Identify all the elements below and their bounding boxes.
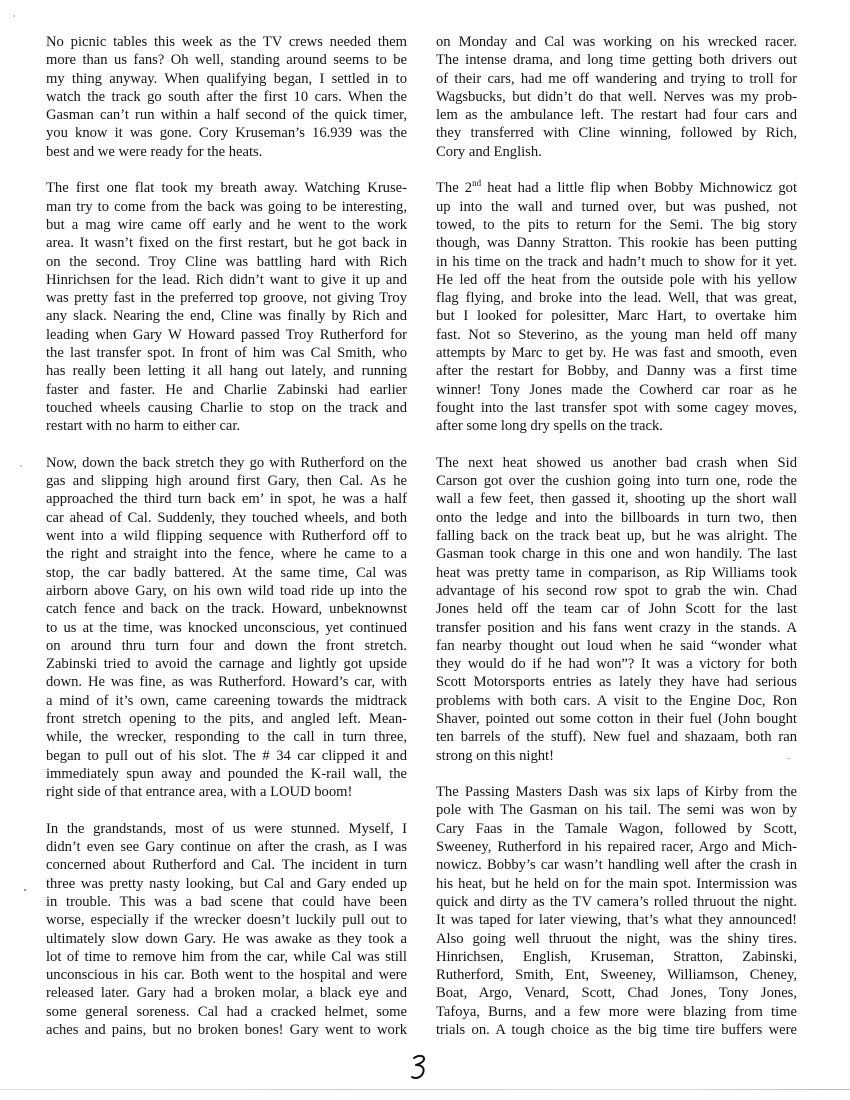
- text-line: airborn above Gary, on his own wild toad…: [46, 582, 407, 600]
- text-line: catch fence and back on the track. Howar…: [46, 600, 407, 618]
- page-number: 3: [400, 1052, 440, 1082]
- paragraph: Now, down the back stretch they go with …: [46, 454, 407, 802]
- text-line: faster and faster. He and Charlie Zabins…: [46, 381, 407, 399]
- text-line: No picnic tables this week as the TV cre…: [46, 33, 407, 51]
- text-line: advantage of his second row spot to grab…: [436, 582, 797, 600]
- text-line: didn’t even see Gary continue on after t…: [46, 838, 407, 856]
- text-line: fast. Not so Steverino, as the young man…: [436, 326, 797, 344]
- text-line: pole with The Gasman on his tail. The se…: [436, 801, 797, 819]
- text-line: released later. Gary had a broken molar,…: [46, 984, 407, 1002]
- text-line: Rutherford, Smith, Ent, Sweeney, William…: [436, 966, 797, 984]
- text-line: in his time on the track and hadn’t much…: [436, 253, 797, 271]
- text-line: on Monday and Cal was working on his wre…: [436, 33, 797, 51]
- text-line: Gasman can’t run within a half second of…: [46, 106, 407, 124]
- text-line: best and we were ready for the heats.: [46, 143, 407, 161]
- text-line: nowicz. Bobby’s car wasn’t handling well…: [436, 856, 797, 874]
- text-line: Boat, Argo, Venard, Scott, Chad Jones, T…: [436, 984, 797, 1002]
- text-line: The intense drama, and long time getting…: [436, 51, 797, 69]
- handwritten-page-number-3-icon: [400, 1052, 440, 1082]
- text-line: fan nearby thought out loud when he said…: [436, 637, 797, 655]
- text-line: wall a few feet, then gassed it, shootin…: [436, 490, 797, 508]
- text-line: up into the wall and turned over, but wa…: [436, 198, 797, 216]
- left-column: No picnic tables this week as the TV cre…: [46, 33, 407, 1058]
- text-line: ten barrels of the stuff). New fuel and …: [436, 728, 797, 746]
- text-line: lem as the ambulance left. The restart h…: [436, 106, 797, 124]
- text-line: they would do if he had won”? It was a v…: [436, 655, 797, 673]
- text-line: transfer position and his fans went craz…: [436, 619, 797, 637]
- text-line: area. It wasn’t fixed on the first resta…: [46, 234, 407, 252]
- text-line: began to pull out of his slot. The # 34 …: [46, 747, 407, 765]
- text-line: right side of that entrance area, with a…: [46, 783, 407, 801]
- text-line: falling back on the track beat up, but h…: [436, 527, 797, 545]
- text-line: strong on this night!: [436, 747, 797, 765]
- text-line: The first one flat took my breath away. …: [46, 179, 407, 197]
- text-line: Gasman took charge in this one and won h…: [436, 545, 797, 563]
- text-line: some general soreness. Cal had a cracked…: [46, 1003, 407, 1021]
- text-line: the last transfer spot. In front of him …: [46, 344, 407, 362]
- text-line: the right and straight into the fence, w…: [46, 545, 407, 563]
- text-line: stop, the car badly battered. At the sam…: [46, 564, 407, 582]
- text-line: quick and dirty as the TV camera’s rolle…: [436, 893, 797, 911]
- text-line: on the second. Troy Cline was battling h…: [46, 253, 407, 271]
- text-line: It was taped for later viewing, that’s w…: [436, 911, 797, 929]
- text-line: approached the third turn back em’ in sp…: [46, 490, 407, 508]
- text-line: Carson got over the cushion going into t…: [436, 472, 797, 490]
- scan-speck: [13, 15, 15, 17]
- text-line: they transferred with Cline winning, fol…: [436, 124, 797, 142]
- text-line: watch the track go south after the first…: [46, 88, 407, 106]
- text-line: leading when Gary W Howard passed Troy R…: [46, 326, 407, 344]
- paragraph: No picnic tables this week as the TV cre…: [46, 33, 407, 161]
- text-line: has really been letting it all hang out …: [46, 362, 407, 380]
- text-line: The next heat showed us another bad cras…: [436, 454, 797, 472]
- text-line: Jones held off the team car of John Scot…: [436, 600, 797, 618]
- text-line: worse, especially if the wrecker doesn’t…: [46, 911, 407, 929]
- text-line: down. He was fine, as was Rutherford. Ho…: [46, 673, 407, 691]
- text-line: Now, down the back stretch they go with …: [46, 454, 407, 472]
- text-line: Cory and English.: [436, 143, 797, 161]
- text-line: problems with both cars. A visit to the …: [436, 692, 797, 710]
- text-line: Zabinski tried to avoid the carnage and …: [46, 655, 407, 673]
- text-line: but I looked for polesitter, Marc Hart, …: [436, 307, 797, 325]
- text-line: after some long dry spells on the track.: [436, 417, 797, 435]
- text-line: but a mag wire came off early and he wen…: [46, 216, 407, 234]
- text-line: aches and pains, but no broken bones! Ga…: [46, 1021, 407, 1039]
- text-line: Tafoya, Burns, and a few more were blazi…: [436, 1003, 797, 1021]
- text-line: Wagsbucks, but didn’t do that well. Nerv…: [436, 88, 797, 106]
- text-line: unconscious in his car. Both went to the…: [46, 966, 407, 984]
- ordinal-superscript: nd: [472, 179, 481, 188]
- text-line: in trouble. This was a bad scene that co…: [46, 893, 407, 911]
- text-line-prefix: The 2: [436, 180, 472, 196]
- text-line: Also going well thruout the night, was t…: [436, 930, 797, 948]
- text-line: lot of time to remove him from the car, …: [46, 948, 407, 966]
- text-line: man try to come from the back was going …: [46, 198, 407, 216]
- text-line: immediately spun away and pounded the K-…: [46, 765, 407, 783]
- text-line: onto the ledge and into the billboards i…: [436, 509, 797, 527]
- text-line: He led off the heat from the outside pol…: [436, 271, 797, 289]
- text-line: Scott Motorsports entries as lately they…: [436, 673, 797, 691]
- text-line: The Passing Masters Dash was six laps of…: [436, 783, 797, 801]
- text-line: my thing anyway. When qualifying began, …: [46, 70, 407, 88]
- text-line: on around thru turn four and down the fr…: [46, 637, 407, 655]
- text-line: heat was pretty tame in comparison, as R…: [436, 564, 797, 582]
- paragraph: The 2nd heat had a little flip when Bobb…: [436, 179, 797, 435]
- text-line: car ahead of Cal. Suddenly, they touched…: [46, 509, 407, 527]
- text-line: ultimately slow down Gary. He was awake …: [46, 930, 407, 948]
- text-line: Hinrichsen, English, Kruseman, Stratton,…: [436, 948, 797, 966]
- text-line: to us at the time, was knocked unconscio…: [46, 619, 407, 637]
- text-line: winner! Tony Jones made the Cowherd car …: [436, 381, 797, 399]
- text-line: you know it was gone. Cory Kruseman’s 16…: [46, 124, 407, 142]
- text-line: after the restart for Bobby, and Danny w…: [436, 362, 797, 380]
- scan-speck: [24, 889, 26, 891]
- text-line: The 2nd heat had a little flip when Bobb…: [436, 179, 797, 197]
- text-line: more than us fans? Oh well, standing aro…: [46, 51, 407, 69]
- text-line: Cary Faas in the Tamale Wagon, followed …: [436, 820, 797, 838]
- text-line: Sweeney, Rutherford in his repaired race…: [436, 838, 797, 856]
- paragraph: In the grandstands, most of us were stun…: [46, 820, 407, 1040]
- right-column: on Monday and Cal was working on his wre…: [436, 33, 797, 1058]
- document-page: No picnic tables this week as the TV cre…: [0, 0, 850, 1100]
- text-line: a mind of it’s own, came careening towar…: [46, 692, 407, 710]
- text-line: front stretch opening to the pits, and a…: [46, 710, 407, 728]
- text-line: any slack. Nearing the end, Cline was fi…: [46, 307, 407, 325]
- text-line: flag flying, and broke into the lead. We…: [436, 289, 797, 307]
- text-line: Shaver, pointed out some cotton in their…: [436, 710, 797, 728]
- paragraph: on Monday and Cal was working on his wre…: [436, 33, 797, 161]
- text-line: was pretty fast in the preferred top gro…: [46, 289, 407, 307]
- scan-speck: [20, 465, 22, 467]
- text-line: touched wheels causing Charlie to stop o…: [46, 399, 407, 417]
- text-line: concerned about Rutherford and Cal. The …: [46, 856, 407, 874]
- text-line: of their cars, had me off wandering and …: [436, 70, 797, 88]
- text-line: while, the wrecker, responding to the ca…: [46, 728, 407, 746]
- text-line: his heat, but he held on for the main sp…: [436, 875, 797, 893]
- text-line: fought into the last transfer spot with …: [436, 399, 797, 417]
- page-bottom-edge: [0, 1089, 850, 1090]
- text-line: Hinrichsen for the lead. Rich didn’t wan…: [46, 271, 407, 289]
- text-line-rest: heat had a little flip when Bobby Michno…: [481, 180, 797, 196]
- text-line: gas and slipping high around first Gary,…: [46, 472, 407, 490]
- text-line: towed, to the pits to return for the Sem…: [436, 216, 797, 234]
- text-line: three was pretty nasty looking, but Cal …: [46, 875, 407, 893]
- text-line: though, was Danny Stratton. This rookie …: [436, 234, 797, 252]
- text-line: attempts by Marc to get by. He was fast …: [436, 344, 797, 362]
- text-line: trials on. A tough choice as the big tim…: [436, 1021, 797, 1039]
- text-line: In the grandstands, most of us were stun…: [46, 820, 407, 838]
- paragraph: The first one flat took my breath away. …: [46, 179, 407, 435]
- paragraph: The Passing Masters Dash was six laps of…: [436, 783, 797, 1039]
- paragraph: The next heat showed us another bad cras…: [436, 454, 797, 765]
- text-line: restart with no harm to either car.: [46, 417, 407, 435]
- text-line: went into a wild flipping sequence with …: [46, 527, 407, 545]
